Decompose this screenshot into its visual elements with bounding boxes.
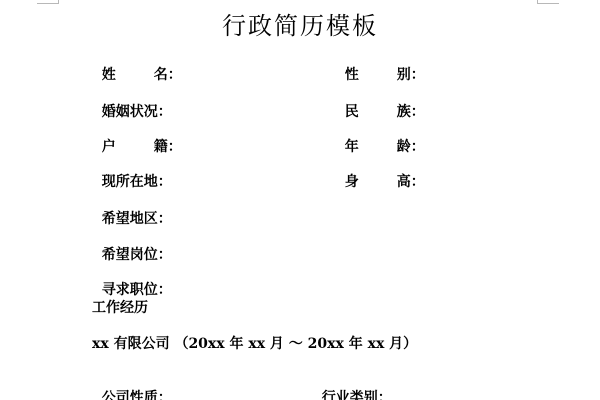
field-ethnicity: 民族： <box>335 85 425 121</box>
field-current-location: 现所在地： <box>92 155 172 191</box>
field-industry-category: 行业类别： <box>312 371 392 400</box>
field-gender: 性别： <box>335 48 425 84</box>
crop-mark-top-right <box>537 0 559 4</box>
company-line: xx 有限公司 （20xx 年 xx 月 ～ 20xx 年 xx 月） <box>92 335 417 353</box>
field-household-registration: 户籍： <box>92 120 182 156</box>
field-name-label: 姓名 <box>102 66 168 84</box>
field-sought-position: 寻求职位： <box>92 263 172 299</box>
section-work-experience: 工作经历 <box>92 299 148 317</box>
field-desired-region: 希望地区： <box>92 192 172 228</box>
field-name: 姓名： <box>92 48 182 84</box>
field-height: 身高： <box>335 155 425 191</box>
crop-mark-top-left <box>37 0 59 4</box>
field-age: 年龄： <box>335 120 425 156</box>
field-marital-status: 婚姻状况： <box>92 85 172 121</box>
field-company-nature: 公司性质： <box>92 371 172 400</box>
document-title: 行政简历模板 <box>0 6 600 41</box>
field-desired-post: 希望岗位： <box>92 228 172 264</box>
